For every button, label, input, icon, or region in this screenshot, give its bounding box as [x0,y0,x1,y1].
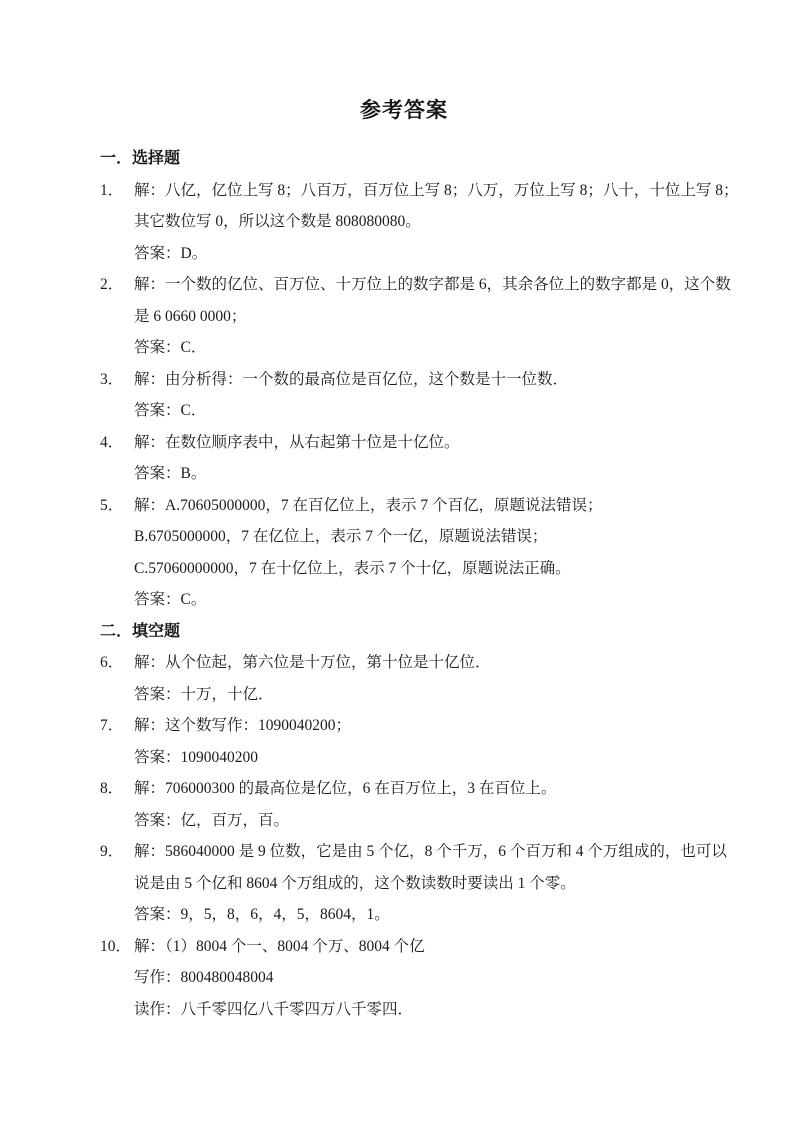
answer-line: 是 6 0660 0000； [134,301,723,333]
answer-line: 答案：十万，十亿． [134,679,723,711]
answer-line: 说是由 5 个亿和 8604 个万组成的，这个数读数时要读出 1 个零。 [134,868,723,900]
answer-line: 答案：亿，百万，百。 [134,805,723,837]
answer-line: 9．解：586040000 是 9 位数，它是由 5 个亿，8 个千万，6 个百… [134,836,723,868]
solution-text: 解：在数位顺序表中，从右起第十位是十亿位。 [134,434,460,451]
item-number: 4． [100,427,134,459]
answer-line: 6．解：从个位起，第六位是十万位，第十位是十亿位． [134,647,723,679]
page-title: 参考答案 [85,96,723,126]
answer-item: 6．解：从个位起，第六位是十万位，第十位是十亿位． 答案：十万，十亿． [100,647,723,710]
solution-text: 解：586040000 是 9 位数，它是由 5 个亿，8 个千万，6 个百万和… [134,843,727,860]
answer-line: 其它数位写 0，所以这个数是 808080080。 [134,206,723,238]
solution-text: 解：从个位起，第六位是十万位，第十位是十亿位． [134,654,491,671]
section-multiple-choice: 一．选择题 1．解：八亿，亿位上写 8；八百万，百万位上写 8；八万，万位上写 … [100,143,723,616]
answer-line: 答案：B。 [134,458,723,490]
answer-line: 答案：C． [134,395,723,427]
answer-line: 写作：800480048004 [134,962,723,994]
item-number: 8． [100,773,134,805]
answer-line: B.6705000000，7 在亿位上，表示 7 个一亿，原题说法错误； [134,521,723,553]
answer-line: 4．解：在数位顺序表中，从右起第十位是十亿位。 [134,427,723,459]
solution-text: 解：八亿，亿位上写 8；八百万，百万位上写 8；八万，万位上写 8；八十，十位上… [134,182,739,199]
document-page: 参考答案 一．选择题 1．解：八亿，亿位上写 8；八百万，百万位上写 8；八万，… [0,0,793,1122]
solution-text: 解：一个数的亿位、百万位、十万位上的数字都是 6，其余各位上的数字都是 0，这个… [134,276,731,293]
answer-line: 答案：9，5，8，6，4，5，8604，1。 [134,899,723,931]
item-number: 10． [100,931,134,963]
answer-line: 8．解：706000300 的最高位是亿位，6 在百万位上，3 在百位上。 [134,773,723,805]
answer-item: 1．解：八亿，亿位上写 8；八百万，百万位上写 8；八万，万位上写 8；八十，十… [100,175,723,270]
solution-text: 解：由分析得：一个数的最高位是百亿位，这个数是十一位数． [134,371,568,388]
solution-text: 解：A.70605000000，7 在百亿位上，表示 7 个百亿，原题说法错误； [134,497,602,514]
section-heading: 一．选择题 [100,143,723,175]
item-number: 2． [100,269,134,301]
answer-line: 5．解：A.70605000000，7 在百亿位上，表示 7 个百亿，原题说法错… [134,490,723,522]
answer-item: 4．解：在数位顺序表中，从右起第十位是十亿位。 答案：B。 [100,427,723,490]
answer-item: 2．解：一个数的亿位、百万位、十万位上的数字都是 6，其余各位上的数字都是 0，… [100,269,723,364]
solution-text: 解：（1）8004 个一、8004 个万、8004 个亿 [134,938,425,955]
item-number: 6． [100,647,134,679]
answer-item: 5．解：A.70605000000，7 在百亿位上，表示 7 个百亿，原题说法错… [100,490,723,616]
answer-line: 10．解：（1）8004 个一、8004 个万、8004 个亿 [134,931,723,963]
solution-text: 解：706000300 的最高位是亿位，6 在百万位上，3 在百位上。 [134,780,556,797]
answer-line: 答案：C。 [134,584,723,616]
item-number: 7． [100,710,134,742]
item-number: 5． [100,490,134,522]
answer-line: 2．解：一个数的亿位、百万位、十万位上的数字都是 6，其余各位上的数字都是 0，… [134,269,723,301]
item-number: 9． [100,836,134,868]
item-number: 3． [100,364,134,396]
answer-item: 7．解：这个数写作：1090040200； 答案：1090040200 [100,710,723,773]
answer-line: 7．解：这个数写作：1090040200； [134,710,723,742]
answer-item: 8．解：706000300 的最高位是亿位，6 在百万位上，3 在百位上。 答案… [100,773,723,836]
answer-item: 9．解：586040000 是 9 位数，它是由 5 个亿，8 个千万，6 个百… [100,836,723,931]
item-number: 1． [100,175,134,207]
answer-line: 答案：1090040200 [134,742,723,774]
section-fill-in-blank: 二．填空题 6．解：从个位起，第六位是十万位，第十位是十亿位． 答案：十万，十亿… [100,616,723,1026]
section-heading: 二．填空题 [100,616,723,648]
answer-line: 答案：D。 [134,238,723,270]
answer-item: 10．解：（1）8004 个一、8004 个万、8004 个亿 写作：80048… [100,931,723,1026]
answer-line: 答案：C． [134,332,723,364]
answer-item: 3．解：由分析得：一个数的最高位是百亿位，这个数是十一位数． 答案：C． [100,364,723,427]
answer-line: 读作：八千零四亿八千零四万八千零四． [134,994,723,1026]
answer-line: 3．解：由分析得：一个数的最高位是百亿位，这个数是十一位数． [134,364,723,396]
solution-text: 解：这个数写作：1090040200； [134,717,351,734]
answer-line: 1．解：八亿，亿位上写 8；八百万，百万位上写 8；八万，万位上写 8；八十，十… [134,175,723,207]
answer-line: C.57060000000，7 在十亿位上，表示 7 个十亿，原题说法正确。 [134,553,723,585]
